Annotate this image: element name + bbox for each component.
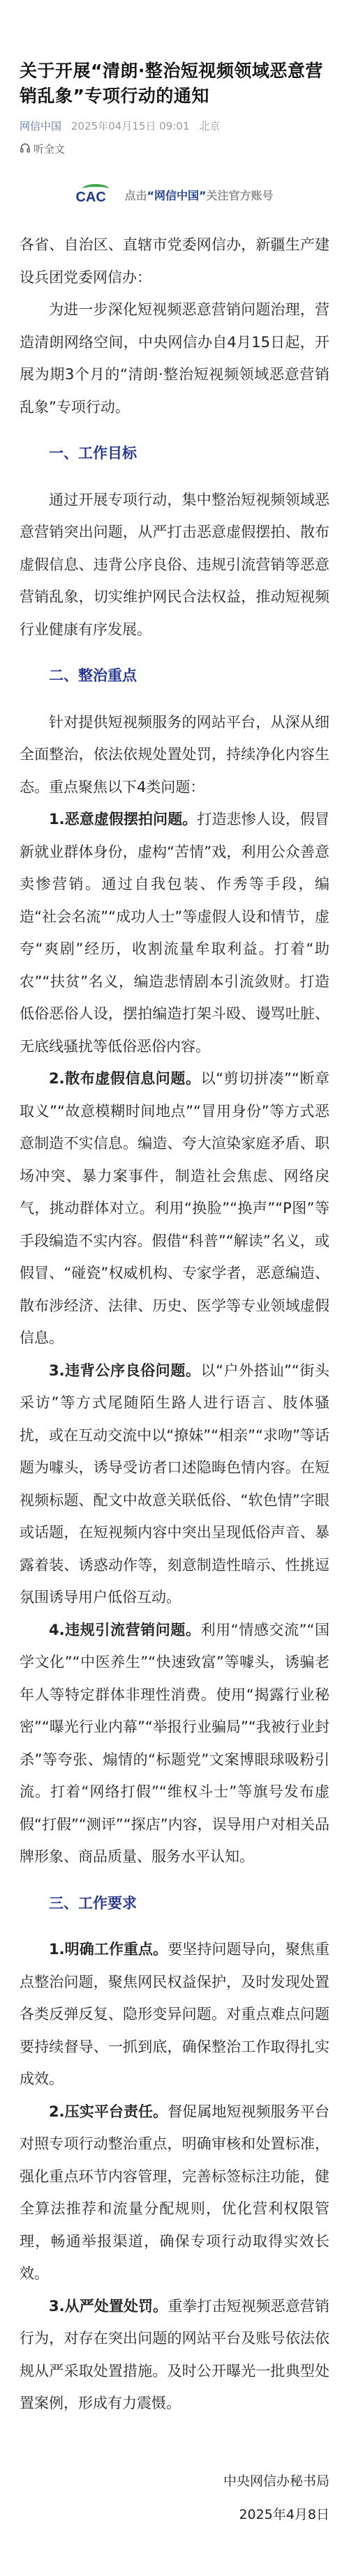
article-body: 各省、自治区、直辖市党委网信办，新疆生产建设兵团党委网信办： 为进一步深化短视频… bbox=[20, 229, 329, 2420]
headphones-icon bbox=[20, 142, 31, 156]
article-meta: 网信中国 2025年04月15日 09:01 北京 bbox=[20, 119, 329, 133]
listen-label: 听全文 bbox=[34, 142, 65, 156]
focus-item: 4.违规引流营销问题。利用“情感交流”“国学文化”“中医养生”“快速致富”等噱头… bbox=[20, 1614, 329, 1873]
source-account-link[interactable]: 网信中国 bbox=[20, 119, 61, 133]
publish-datetime: 2025年04月15日 09:01 bbox=[71, 119, 189, 133]
cac-logo-icon: CAC bbox=[75, 184, 116, 205]
requirement-item: 3.从严处置处罚。重拳打击短视频恶意营销行为，对存在突出问题的网站平台及账号依法… bbox=[20, 2290, 329, 2420]
requirement-item: 2.压实平台责任。督促属地短视频服务平台对照专项行动整治重点，明确审核和处置标准… bbox=[20, 2096, 329, 2290]
issuer-name: 中央网信办秘书局 bbox=[20, 2464, 329, 2498]
focus-item: 1.恶意虚假摆拍问题。打造悲惨人设，假冒新就业群体身份，虚构“苦情”戏，利用公众… bbox=[20, 803, 329, 1062]
article: 关于开展“清朗·整治短视频领域恶意营销乱象”专项行动的通知 网信中国 2025年… bbox=[0, 0, 349, 2531]
section-heading-goals: 一、工作目标 bbox=[20, 437, 329, 470]
section-heading-requirements: 三、工作要求 bbox=[20, 1887, 329, 1920]
issue-date: 2025年4月8日 bbox=[20, 2498, 329, 2531]
publish-location: 北京 bbox=[199, 119, 220, 133]
follow-banner-text: 点击“网信中国”关注官方账号 bbox=[124, 187, 273, 203]
listen-full-text-button[interactable]: 听全文 bbox=[20, 142, 329, 156]
intro-paragraph: 为进一步深化短视频恶意营销问题治理，营造清朗网络空间，中央网信办自4月15日起，… bbox=[20, 294, 329, 423]
signature-block: 中央网信办秘书局 2025年4月8日 bbox=[20, 2464, 329, 2531]
focus-item: 3.违背公序良俗问题。以“户外搭讪”“街头采访”等方式尾随陌生路人进行语言、肢体… bbox=[20, 1355, 329, 1614]
goals-paragraph: 通过开展专项行动，集中整治短视频领域恶意营销突出问题，从严打击恶意虚假摆拍、散布… bbox=[20, 484, 329, 646]
section-heading-focus: 二、整治重点 bbox=[20, 660, 329, 692]
requirement-item: 1.明确工作重点。要坚持问题导向，聚焦重点整治问题，聚焦网民权益保护，及时发现处… bbox=[20, 1933, 329, 2096]
follow-account-banner[interactable]: CAC 点击“网信中国”关注官方账号 bbox=[20, 184, 329, 205]
focus-paragraph: 针对提供短视频服务的网站平台，从深从细全面整治，依法依规处置处罚，持续净化内容生… bbox=[20, 706, 329, 804]
focus-item: 2.散布虚假信息问题。以“剪切拼凑”“断章取义”“故意模糊时间地点”“冒用身份”… bbox=[20, 1062, 329, 1355]
article-title: 关于开展“清朗·整治短视频领域恶意营销乱象”专项行动的通知 bbox=[20, 0, 329, 109]
follow-banner-brand: “网信中国” bbox=[147, 189, 206, 202]
salutation: 各省、自治区、直辖市党委网信办，新疆生产建设兵团党委网信办： bbox=[20, 229, 329, 294]
